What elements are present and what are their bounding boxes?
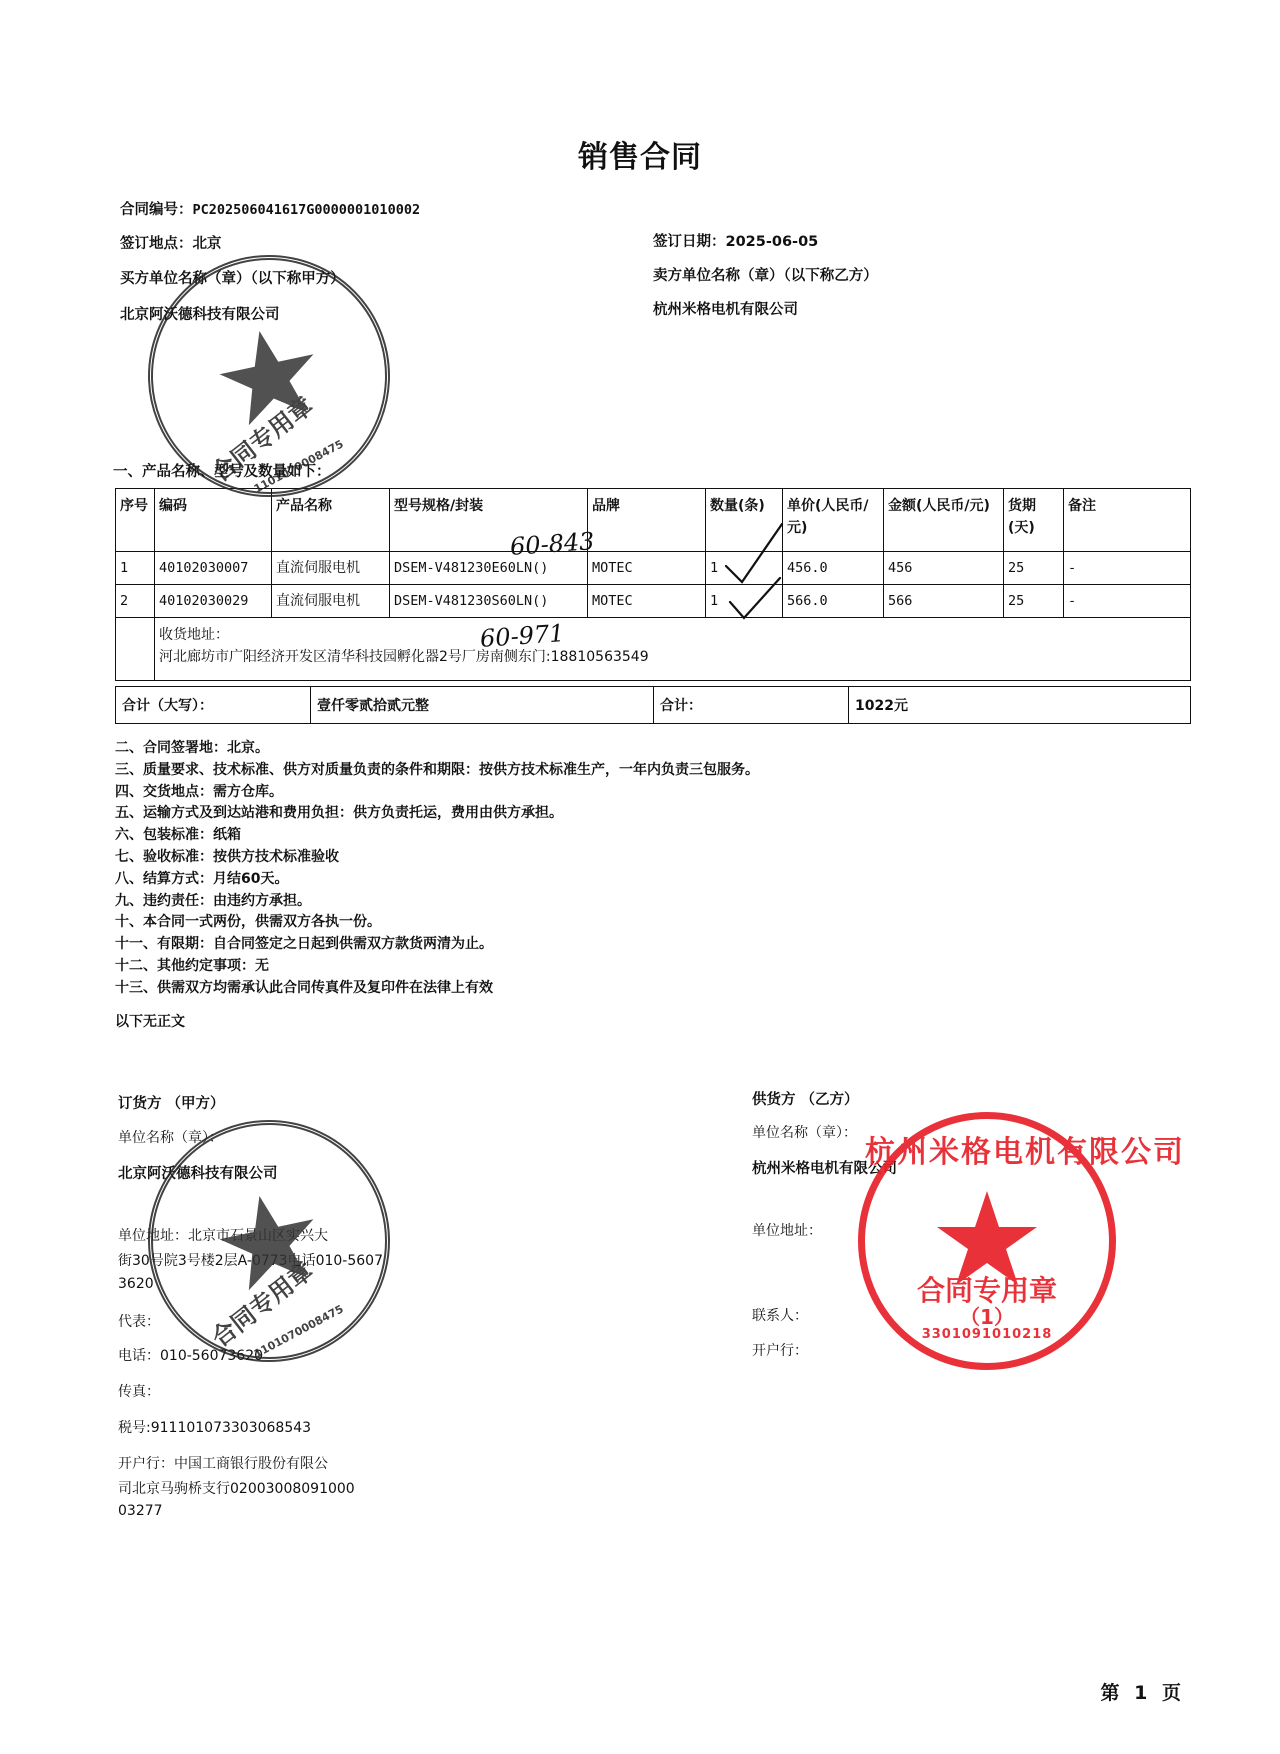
table-row: 1 40102030007 直流伺服电机 DSEM-V481230E60LN()… [116, 552, 1191, 585]
table-header-row: 序号 编码 产品名称 型号规格/封装 品牌 数量(条) 单价(人民币/元) 金额… [116, 489, 1191, 552]
star-icon [153, 260, 385, 492]
check-mark-icon [722, 520, 792, 620]
cell-code: 40102030029 [155, 585, 272, 618]
cell-unit-price: 566.0 [783, 585, 884, 618]
contract-number-label: 合同编号： [120, 202, 193, 218]
totals-table: 合计（大写）： 壹仟零贰拾贰元整 合计： 1022元 [115, 686, 1191, 724]
delivery-address-label: 收货地址： [159, 624, 1186, 646]
delivery-address-value: 河北廊坊市广阳经济开发区清华科技园孵化器2号厂房南侧东门:18810563549 [159, 646, 1186, 668]
buyer-bank: 开户行：中国工商银行股份有限公 [118, 1453, 328, 1473]
seller-seal-number: 3301091010218 [865, 1327, 1109, 1342]
seller-bank-label: 开户行： [752, 1340, 808, 1360]
contract-number: 合同编号：PC202506041617G0000001010002 [120, 198, 420, 219]
total-caps-value: 壹仟零贰拾贰元整 [311, 687, 654, 724]
seller-address-label: 单位地址： [752, 1220, 822, 1240]
seller-name: 杭州米格电机有限公司 [653, 298, 798, 319]
buyer-tax: 税号:911101073303068543 [118, 1417, 311, 1437]
buyer-address-line3: 3620 [118, 1276, 154, 1292]
cell-empty [116, 618, 155, 681]
sign-date-value: 2025-06-05 [726, 234, 819, 250]
sign-date: 签订日期：2025-06-05 [653, 230, 818, 251]
seller-unit-name-label: 单位名称（章）： [752, 1122, 857, 1142]
clause-7: 七、验收标准：按供方技术标准验收 [115, 847, 759, 869]
header-name: 产品名称 [272, 489, 390, 552]
cell-lead-days: 25 [1004, 552, 1064, 585]
sign-place-value: 北京 [193, 236, 222, 252]
seller-seal-sub: （1） [865, 1301, 1109, 1330]
seller-contact-label: 联系人： [752, 1305, 808, 1325]
delivery-address-row: 收货地址： 河北廊坊市广阳经济开发区清华科技园孵化器2号厂房南侧东门:18810… [116, 618, 1191, 681]
seller-seal: 杭州米格电机有限公司 合同专用章 （1） 3301091010218 [858, 1112, 1116, 1370]
cell-code: 40102030007 [155, 552, 272, 585]
handwritten-note-2: 60-971 [479, 619, 565, 653]
clause-12: 十二、其他约定事项：无 [115, 956, 759, 978]
header-unit-price: 单价(人民币/元) [783, 489, 884, 552]
clause-5: 五、运输方式及到达站港和费用负担：供方负责托运，费用由供方承担。 [115, 803, 759, 825]
sign-place: 签订地点：北京 [120, 232, 222, 253]
buyer-bank-line3: 03277 [118, 1503, 163, 1519]
buyer-tax-value: 911101073303068543 [151, 1420, 311, 1436]
seller-seal-company: 杭州米格电机有限公司 [865, 1127, 1109, 1171]
header-amount: 金额(人民币/元) [884, 489, 1004, 552]
clause-8: 八、结算方式：月结60天。 [115, 869, 759, 891]
header-lead-days: 货期(天) [1004, 489, 1064, 552]
buyer-block-heading: 订货方 （甲方） [118, 1092, 225, 1113]
cell-brand: MOTEC [588, 552, 706, 585]
total-value: 1022元 [849, 687, 1191, 724]
buyer-bank-line2: 司北京马驹桥支行02003008091000 [118, 1478, 355, 1498]
delivery-address-cell: 收货地址： 河北廊坊市广阳经济开发区清华科技园孵化器2号厂房南侧东门:18810… [155, 618, 1191, 681]
page-number: 第 1 页 [1101, 1678, 1185, 1705]
product-table: 序号 编码 产品名称 型号规格/封装 品牌 数量(条) 单价(人民币/元) 金额… [115, 488, 1191, 681]
clause-13: 十三、供需双方均需承认此合同传真件及复印件在法律上有效 [115, 978, 759, 1000]
contract-number-value: PC202506041617G0000001010002 [193, 202, 421, 218]
cell-amount: 456 [884, 552, 1004, 585]
cell-amount: 566 [884, 585, 1004, 618]
buyer-bank-label: 开户行： [118, 1456, 174, 1472]
buyer-bank-line1: 中国工商银行股份有限公 [174, 1456, 328, 1472]
cell-no: 1 [116, 552, 155, 585]
totals-row: 合计（大写）： 壹仟零贰拾贰元整 合计： 1022元 [116, 687, 1191, 724]
buyer-seal-top: 合同专用章 1101070008475 [148, 255, 390, 497]
clause-11: 十一、有限期：自合同签定之日起到供需双方款货两清为止。 [115, 934, 759, 956]
clause-3: 三、质量要求、技术标准、供方对质量负责的条件和期限：按供方技术标准生产，一年内负… [115, 760, 759, 782]
clause-10: 十、本合同一式两份，供需双方各执一份。 [115, 912, 759, 934]
cell-name: 直流伺服电机 [272, 552, 390, 585]
clause-6: 六、包装标准：纸箱 [115, 825, 759, 847]
clause-9: 九、违约责任：由违约方承担。 [115, 891, 759, 913]
sign-place-label: 签订地点： [120, 236, 193, 252]
header-brand: 品牌 [588, 489, 706, 552]
header-code: 编码 [155, 489, 272, 552]
handwritten-note-1: 60-843 [509, 527, 595, 561]
buyer-tax-label: 税号: [118, 1420, 151, 1436]
table-row: 2 40102030029 直流伺服电机 DSEM-V481230S60LN()… [116, 585, 1191, 618]
header-remark: 备注 [1064, 489, 1191, 552]
cell-model: DSEM-V481230S60LN() [390, 585, 588, 618]
header-no: 序号 [116, 489, 155, 552]
document-title: 销售合同 [0, 132, 1280, 176]
seller-label: 卖方单位名称（章）（以下称乙方） [653, 264, 878, 285]
cell-remark: - [1064, 552, 1191, 585]
cell-remark: - [1064, 585, 1191, 618]
clause-2: 二、合同签署地：北京。 [115, 738, 759, 760]
sign-date-label: 签订日期： [653, 234, 726, 250]
buyer-seal-bottom: 合同专用章 1101070008475 [148, 1120, 390, 1362]
total-caps-label: 合计（大写）： [116, 687, 311, 724]
cell-lead-days: 25 [1004, 585, 1064, 618]
cell-no: 2 [116, 585, 155, 618]
clause-4: 四、交货地点：需方仓库。 [115, 782, 759, 804]
total-label: 合计： [654, 687, 849, 724]
contract-clauses: 二、合同签署地：北京。 三、质量要求、技术标准、供方对质量负责的条件和期限：按供… [115, 738, 759, 1033]
cell-brand: MOTEC [588, 585, 706, 618]
star-icon [153, 1125, 385, 1357]
cell-unit-price: 456.0 [783, 552, 884, 585]
buyer-fax-label: 传真： [118, 1381, 160, 1401]
end-note: 以下无正文 [115, 1012, 759, 1034]
seller-block-heading: 供货方 （乙方） [752, 1088, 859, 1109]
cell-name: 直流伺服电机 [272, 585, 390, 618]
